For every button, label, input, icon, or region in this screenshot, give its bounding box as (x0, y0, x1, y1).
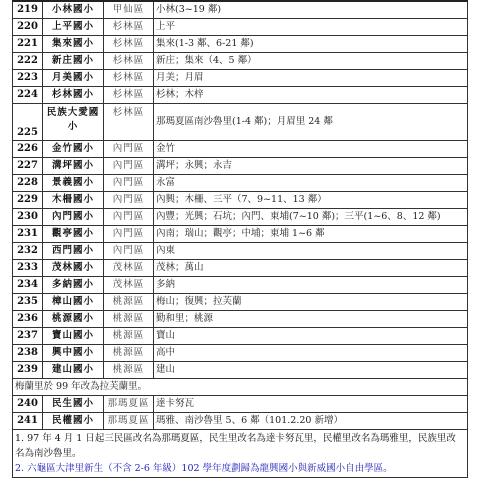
school-zone: 杉林；木梓 (154, 87, 468, 104)
school-name: 西門國小 (43, 243, 104, 260)
row-number: 234 (13, 277, 43, 294)
school-zone: 永富 (154, 175, 468, 192)
school-name: 上平國小 (43, 19, 104, 36)
school-zone: 寶山 (154, 328, 468, 345)
district: 杉林區 (104, 36, 154, 53)
table-row: 227溝坪國小內門區溝坪；永興；永吉 (13, 158, 468, 175)
row-number: 240 (13, 396, 43, 413)
row-number: 222 (13, 53, 43, 70)
school-zone: 勤和里；桃源 (154, 311, 468, 328)
district: 杉林區 (104, 70, 154, 87)
district: 內門區 (104, 192, 154, 209)
row-number: 238 (13, 345, 43, 362)
school-zone: 金竹 (154, 141, 468, 158)
table-row: 239建山國小桃源區建山 (13, 362, 468, 379)
school-name: 月美國小 (43, 70, 104, 87)
footnotes: 1. 97 年 4 月 1 日起三民區改名為那瑪夏區，民生里改名為達卡努瓦里，民… (13, 430, 468, 478)
table-row: 236桃源國小桃源區勤和里；桃源 (13, 311, 468, 328)
school-name: 寶山國小 (43, 328, 104, 345)
school-district-table: 219小林國小甲仙區小林(3~19 鄰) 220上平國小杉林區上平 221集來國… (12, 0, 468, 478)
table-row: 241民權國小那瑪夏區瑪雅、南沙魯里 5、6 鄰（101.2.20 新增） (13, 413, 468, 430)
table-row: 228景義國小內門區永富 (13, 175, 468, 192)
school-zone: 建山 (154, 362, 468, 379)
school-zone: 新庄；集來（4、5 鄰） (154, 53, 468, 70)
district: 桃源區 (104, 362, 154, 379)
district: 桃源區 (104, 294, 154, 311)
school-zone: 上平 (154, 19, 468, 36)
school-name: 木柵國小 (43, 192, 104, 209)
row-number: 223 (13, 70, 43, 87)
note-row: 梅蘭里於 99 年改為拉芙蘭里。 (13, 379, 468, 396)
row-number: 239 (13, 362, 43, 379)
district: 杉林區 (104, 19, 154, 36)
table-row: 220上平國小杉林區上平 (13, 19, 468, 36)
table-row: 231觀亭國小內門區內南；瑞山；觀亭；中埔；東埔 1~6 鄰 (13, 226, 468, 243)
district: 那瑪夏區 (104, 396, 154, 413)
school-zone: 達卡努瓦 (154, 396, 468, 413)
district: 內門區 (104, 175, 154, 192)
district: 內門區 (104, 141, 154, 158)
school-zone: 內豐；光興；石坑；內門、東埔(7~10 鄰)；三平(1~6、8、12 鄰) (154, 209, 468, 226)
row-number: 235 (13, 294, 43, 311)
table-row: 240民生國小那瑪夏區達卡努瓦 (13, 396, 468, 413)
table-row: 233茂林國小茂林區茂林；萬山 (13, 260, 468, 277)
school-name: 金竹國小 (43, 141, 104, 158)
district: 茂林區 (104, 260, 154, 277)
row-number: 224 (13, 87, 43, 104)
school-name: 興中國小 (43, 345, 104, 362)
footnote-2: 2. 六龜區大津里新生（不含 2-6 年級）102 學年度劃歸為龍興國小與新威國… (15, 461, 465, 476)
school-name: 景義國小 (43, 175, 104, 192)
school-name: 桃源國小 (43, 311, 104, 328)
table-row: 219小林國小甲仙區小林(3~19 鄰) (13, 1, 468, 19)
table-row: 223月美國小杉林區月美；月眉 (13, 70, 468, 87)
school-zone: 內興；木柵、三平（7、9~11、13 鄰） (154, 192, 468, 209)
table-row: 235樟山國小桃源區梅山；復興；拉芙蘭 (13, 294, 468, 311)
school-zone: 那瑪夏區南沙魯里(1-4 鄰)；月眉里 24 鄰 (154, 104, 468, 141)
row-number: 237 (13, 328, 43, 345)
table-row: 229木柵國小內門區內興；木柵、三平（7、9~11、13 鄰） (13, 192, 468, 209)
table-row: 230內門國小內門區內豐；光興；石坑；內門、東埔(7~10 鄰)；三平(1~6、… (13, 209, 468, 226)
table-row: 221集來國小杉林區集來(1-3 鄰、6-21 鄰) (13, 36, 468, 53)
school-zone: 溝坪；永興；永吉 (154, 158, 468, 175)
footnote-1: 1. 97 年 4 月 1 日起三民區改名為那瑪夏區，民生里改名為達卡努瓦里，民… (15, 431, 465, 461)
school-name: 民族大愛國小 (43, 104, 104, 141)
school-name: 觀亭國小 (43, 226, 104, 243)
school-name: 樟山國小 (43, 294, 104, 311)
row-number: 231 (13, 226, 43, 243)
school-name: 小林國小 (43, 1, 104, 19)
school-zone: 小林(3~19 鄰) (154, 1, 468, 19)
school-zone: 瑪雅、南沙魯里 5、6 鄰（101.2.20 新增） (154, 413, 468, 430)
row-number: 236 (13, 311, 43, 328)
district: 杉林區 (104, 87, 154, 104)
school-zone: 多納 (154, 277, 468, 294)
row-number: 229 (13, 192, 43, 209)
table-row: 226金竹國小內門區金竹 (13, 141, 468, 158)
row-number: 221 (13, 36, 43, 53)
school-name: 內門國小 (43, 209, 104, 226)
school-name: 茂林國小 (43, 260, 104, 277)
footnote-row: 1. 97 年 4 月 1 日起三民區改名為那瑪夏區，民生里改名為達卡努瓦里，民… (13, 430, 468, 478)
row-number: 220 (13, 19, 43, 36)
district: 內門區 (104, 243, 154, 260)
school-zone: 集來(1-3 鄰、6-21 鄰) (154, 36, 468, 53)
school-name: 民權國小 (43, 413, 104, 430)
school-name: 建山國小 (43, 362, 104, 379)
row-number: 228 (13, 175, 43, 192)
table-row: 237寶山國小桃源區寶山 (13, 328, 468, 345)
district: 茂林區 (104, 277, 154, 294)
school-zone: 茂林；萬山 (154, 260, 468, 277)
school-name: 集來國小 (43, 36, 104, 53)
table-row: 234多納國小茂林區多納 (13, 277, 468, 294)
district: 桃源區 (104, 328, 154, 345)
row-number: 219 (13, 1, 43, 19)
meilan-rename-note: 梅蘭里於 99 年改為拉芙蘭里。 (13, 379, 468, 396)
school-name: 新庄國小 (43, 53, 104, 70)
district: 甲仙區 (104, 1, 154, 19)
school-zone: 梅山；復興；拉芙蘭 (154, 294, 468, 311)
row-number: 227 (13, 158, 43, 175)
school-zone: 高中 (154, 345, 468, 362)
row-number: 232 (13, 243, 43, 260)
table-row: 222新庄國小杉林區新庄；集來（4、5 鄰） (13, 53, 468, 70)
row-number: 233 (13, 260, 43, 277)
table-row: 232西門國小內門區內東 (13, 243, 468, 260)
district: 桃源區 (104, 345, 154, 362)
school-name: 民生國小 (43, 396, 104, 413)
district: 內門區 (104, 209, 154, 226)
school-zone: 內南；瑞山；觀亭；中埔；東埔 1~6 鄰 (154, 226, 468, 243)
district: 杉林區 (104, 104, 154, 141)
district: 那瑪夏區 (104, 413, 154, 430)
district: 內門區 (104, 158, 154, 175)
school-name: 溝坪國小 (43, 158, 104, 175)
district: 杉林區 (104, 53, 154, 70)
district: 桃源區 (104, 311, 154, 328)
row-number: 225 (13, 104, 43, 141)
table-row: 224杉林國小杉林區杉林；木梓 (13, 87, 468, 104)
school-zone: 內東 (154, 243, 468, 260)
table-row: 238興中國小桃源區高中 (13, 345, 468, 362)
school-name: 杉林國小 (43, 87, 104, 104)
district: 內門區 (104, 226, 154, 243)
row-number: 241 (13, 413, 43, 430)
row-number: 226 (13, 141, 43, 158)
school-zone: 月美；月眉 (154, 70, 468, 87)
row-number: 230 (13, 209, 43, 226)
table-row: 225民族大愛國小杉林區那瑪夏區南沙魯里(1-4 鄰)；月眉里 24 鄰 (13, 104, 468, 141)
school-name: 多納國小 (43, 277, 104, 294)
